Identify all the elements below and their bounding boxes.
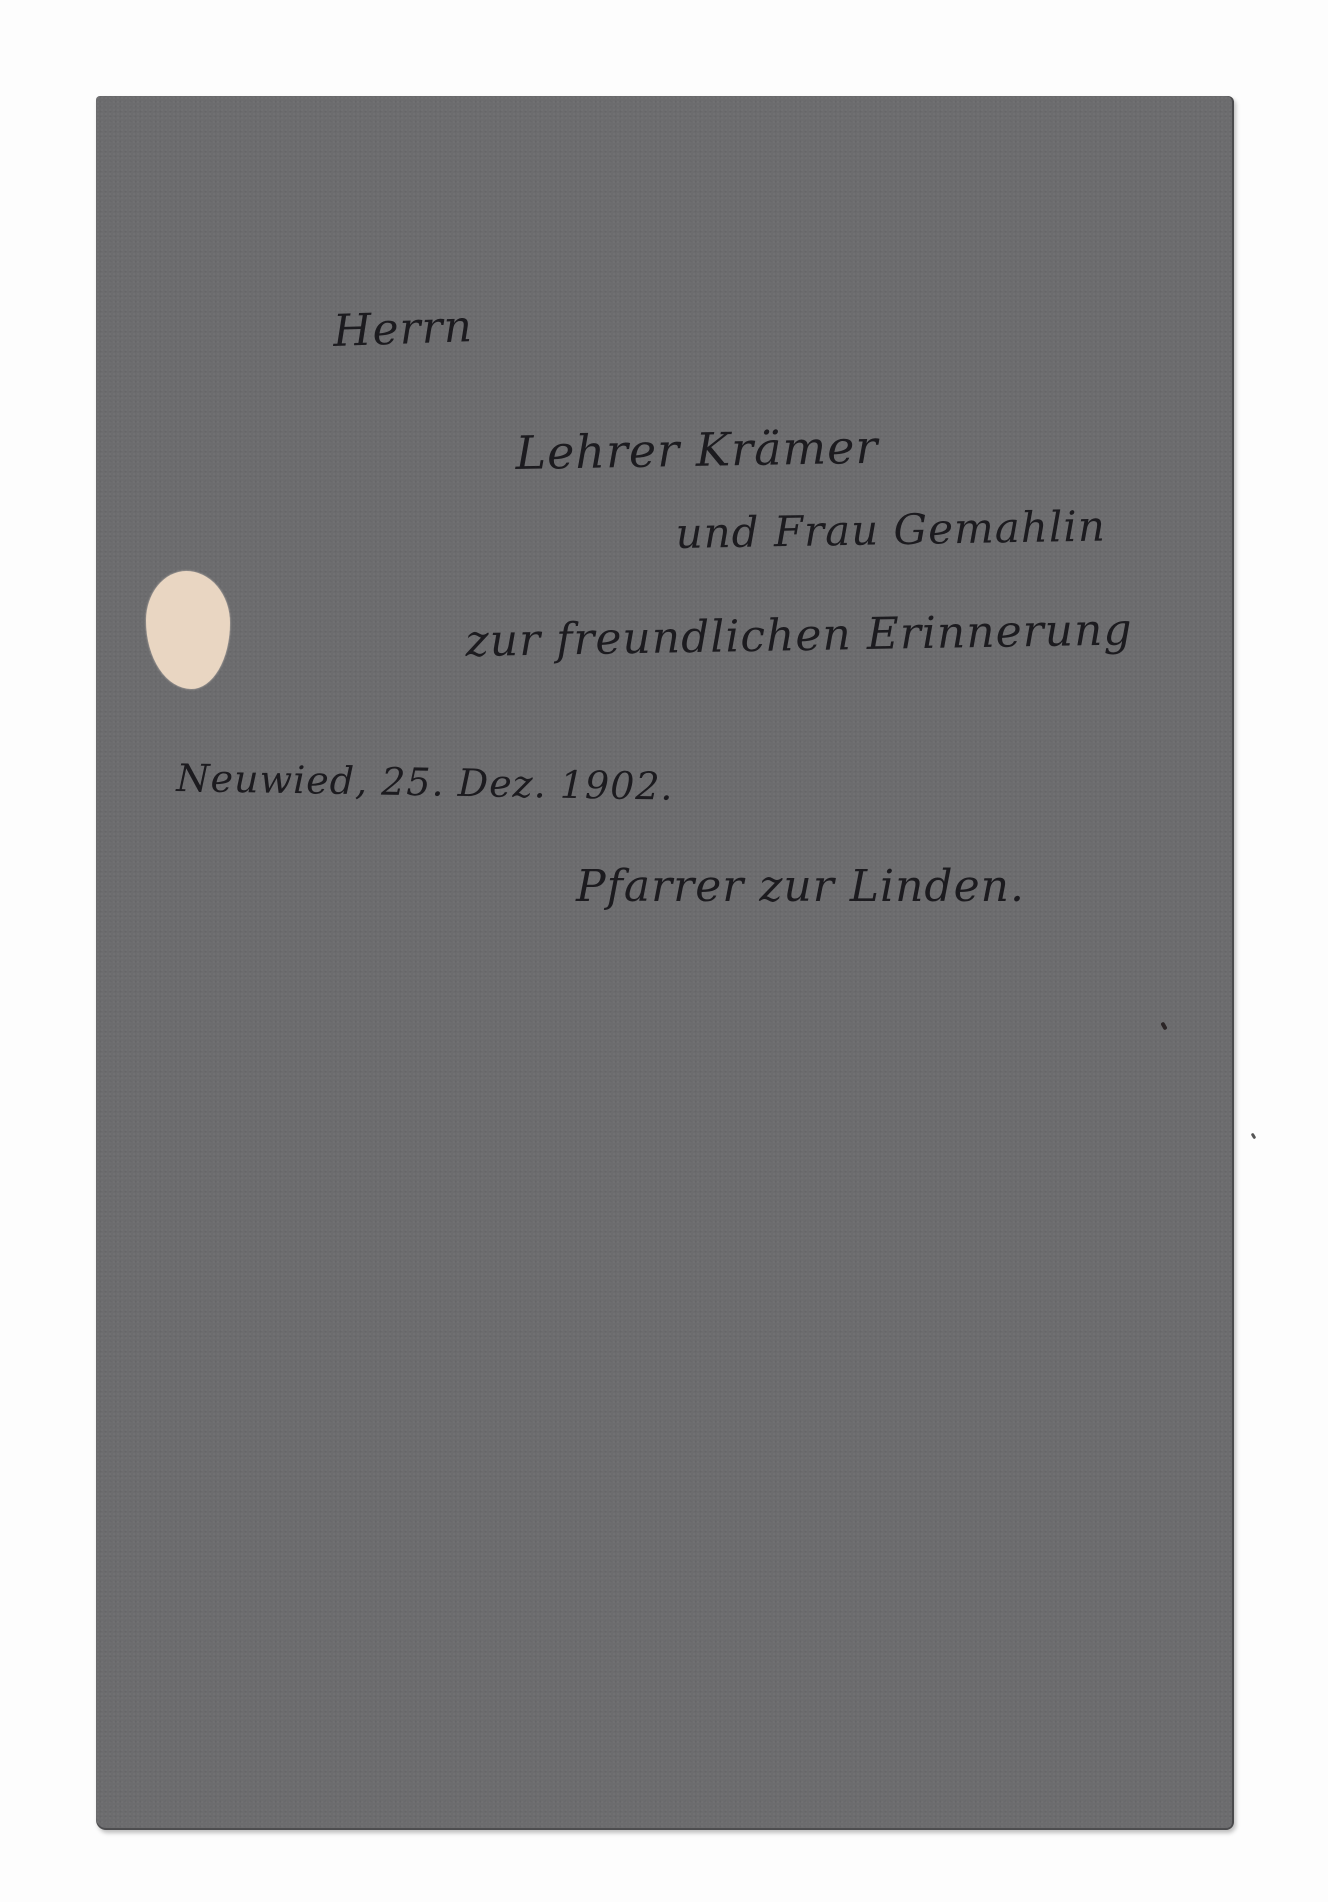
recipient-spouse-text: und Frau Gemahlin	[675, 501, 1106, 558]
dedication-card: Herrn Lehrer Krämer und Frau Gemahlin zu…	[96, 96, 1234, 1830]
signature-text: Pfarrer zur Linden.	[576, 861, 1025, 912]
dust-speck	[1251, 1133, 1257, 1140]
ink-speck	[1160, 1022, 1167, 1031]
salutation-text: Herrn	[332, 301, 474, 357]
dedication-text: zur freundlichen Erinnerung	[465, 604, 1133, 667]
place-date-text: Neuwied, 25. Dez. 1902.	[176, 756, 674, 809]
torn-paper-spot	[146, 571, 230, 689]
recipient-name-text: Lehrer Krämer	[515, 420, 879, 480]
